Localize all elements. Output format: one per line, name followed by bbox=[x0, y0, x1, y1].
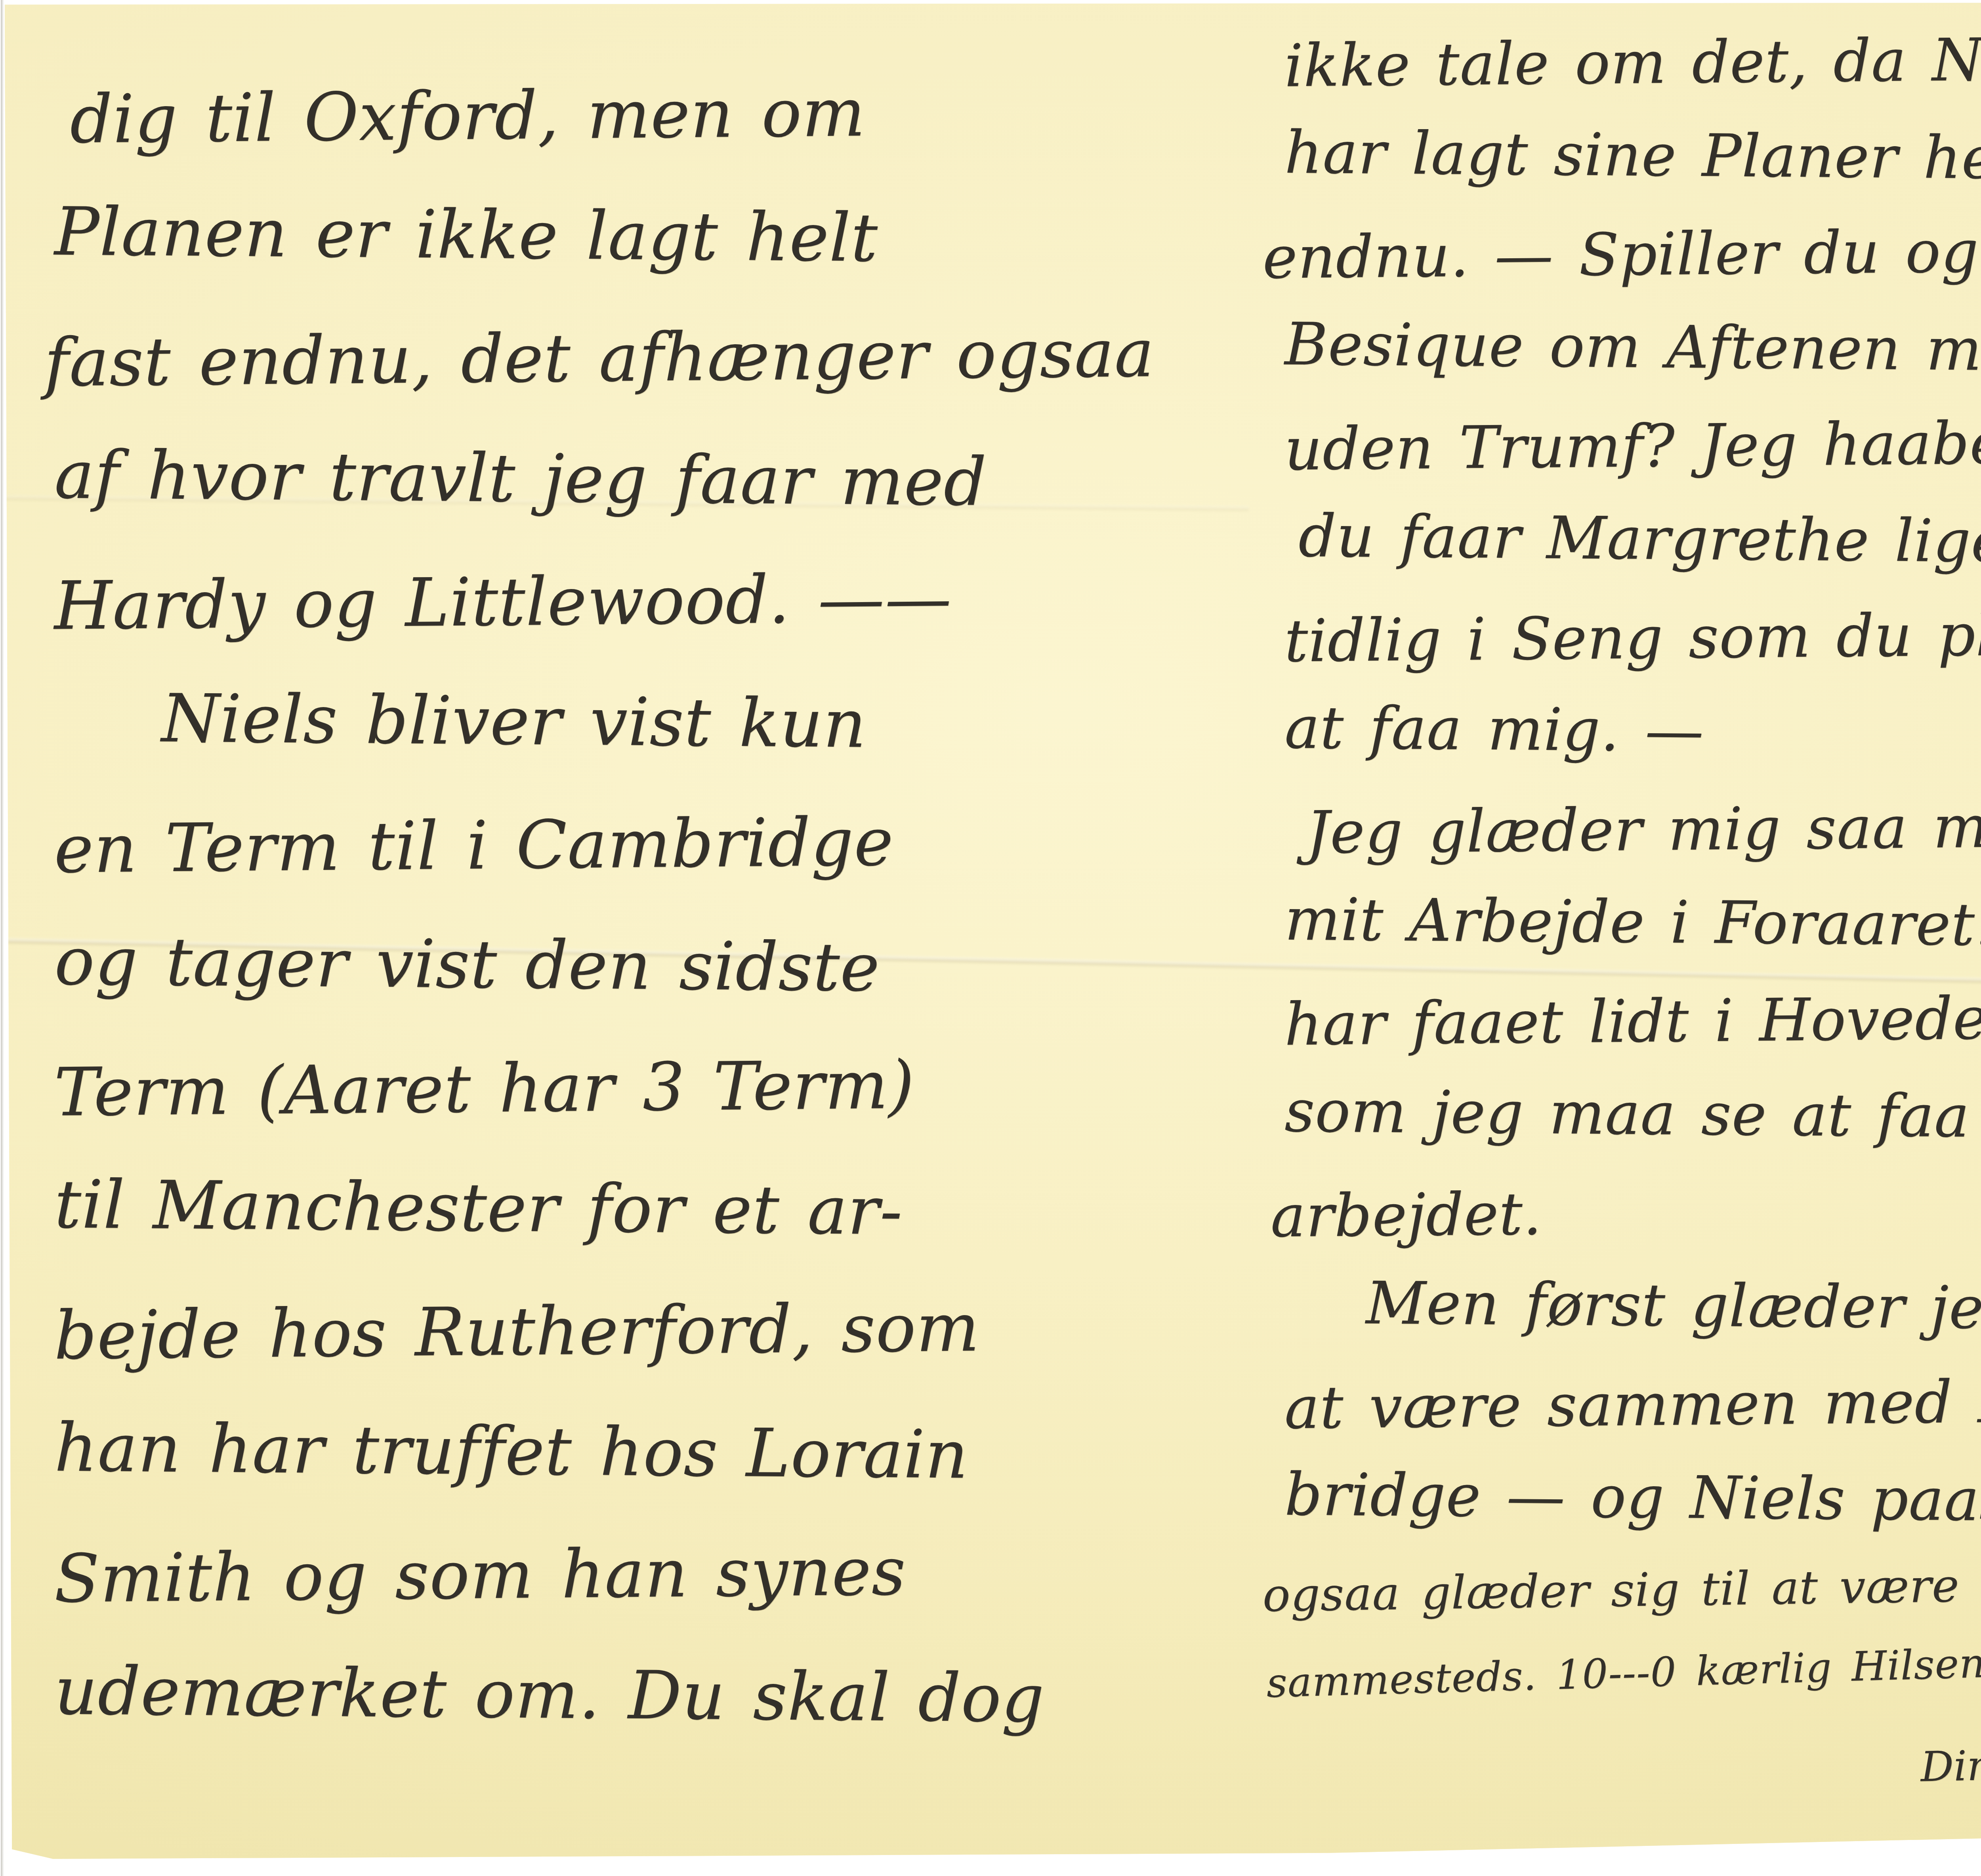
handwritten-line: som jeg maa se at faa ud- bbox=[1284, 1077, 1981, 1182]
handwritten-line: ogsaa glæder sig til at være sammen med … bbox=[1262, 1553, 1981, 1652]
handwritten-line: udemærket om. Du skal dog bbox=[54, 1652, 1216, 1783]
handwritten-line: har lagt sine Planer helt fast bbox=[1284, 118, 1981, 223]
handwritten-line: Smith og som han synes bbox=[54, 1530, 1216, 1662]
handwritten-line: endnu. — Spiller du og Margrethe bbox=[1262, 214, 1981, 319]
signature-closing: Din egen bbox=[1920, 1739, 1981, 1791]
handwritten-line: tidlig i Seng som du plejede bbox=[1284, 597, 1981, 703]
handwritten-line: mit Arbejde i Foraaret. Jeg bbox=[1284, 885, 1981, 990]
handwritten-line: Men først glæder jeg mig til bbox=[1365, 1269, 1981, 1373]
handwritten-line: Planen er ikke lagt helt bbox=[54, 193, 1216, 323]
handwritten-line: fast endnu, det afhænger ogsaa bbox=[44, 314, 1216, 446]
handwritten-line: bejde hos Rutherford, som bbox=[54, 1287, 1216, 1418]
handwritten-line: til Manchester for et ar- bbox=[54, 1165, 1216, 1296]
handwritten-line: af hvor travlt jeg faar med bbox=[54, 436, 1216, 566]
handwritten-line: du faar Margrethe lige saa bbox=[1298, 502, 1981, 606]
handwritten-line: bridge — og Niels paastaar at han bbox=[1284, 1460, 1981, 1565]
handwritten-line: har faaet lidt i Hovedet igen bbox=[1284, 981, 1981, 1087]
letter-sheet: dig til Oxford, men om Planen er ikke la… bbox=[5, 2, 1981, 1864]
handwritten-line: og tager vist den sidste bbox=[54, 922, 1216, 1053]
handwritten-line: ikke tale om det, da Niels ikke bbox=[1284, 22, 1981, 128]
handwritten-line: Besique om Aftenen med eller bbox=[1284, 310, 1981, 415]
handwritten-line: Niels bliver vist kun bbox=[161, 680, 1216, 810]
handwritten-line: dig til Oxford, men om bbox=[70, 71, 1216, 202]
handwritten-line: han har truffet hos Lorain bbox=[54, 1409, 1216, 1539]
scanner-edge-shadow bbox=[1, 0, 4, 1876]
handwritten-line: Jeg glæder mig saa meget til bbox=[1306, 789, 1981, 894]
handwritten-line: en Term til i Cambridge bbox=[54, 800, 1216, 932]
handwritten-line: arbejdet. bbox=[1270, 1172, 1981, 1278]
scan-background: dig til Oxford, men om Planen er ikke la… bbox=[0, 0, 1981, 1876]
handwritten-line: Hardy og Littlewood. —— bbox=[54, 557, 1216, 689]
handwritten-line: at være sammen med Niels i Cam- bbox=[1284, 1364, 1981, 1470]
handwritten-line: at faa mig. — bbox=[1284, 694, 1981, 798]
left-page-column: dig til Oxford, men om Planen er ikke la… bbox=[42, 76, 1215, 1778]
handwritten-line: uden Trumf? Jeg haaber ogsaa bbox=[1284, 406, 1981, 511]
right-page-column: ikke tale om det, da Niels ikke har lagt… bbox=[1263, 27, 1981, 1818]
handwritten-line: Term (Aaret har 3 Term) bbox=[54, 1043, 1216, 1175]
